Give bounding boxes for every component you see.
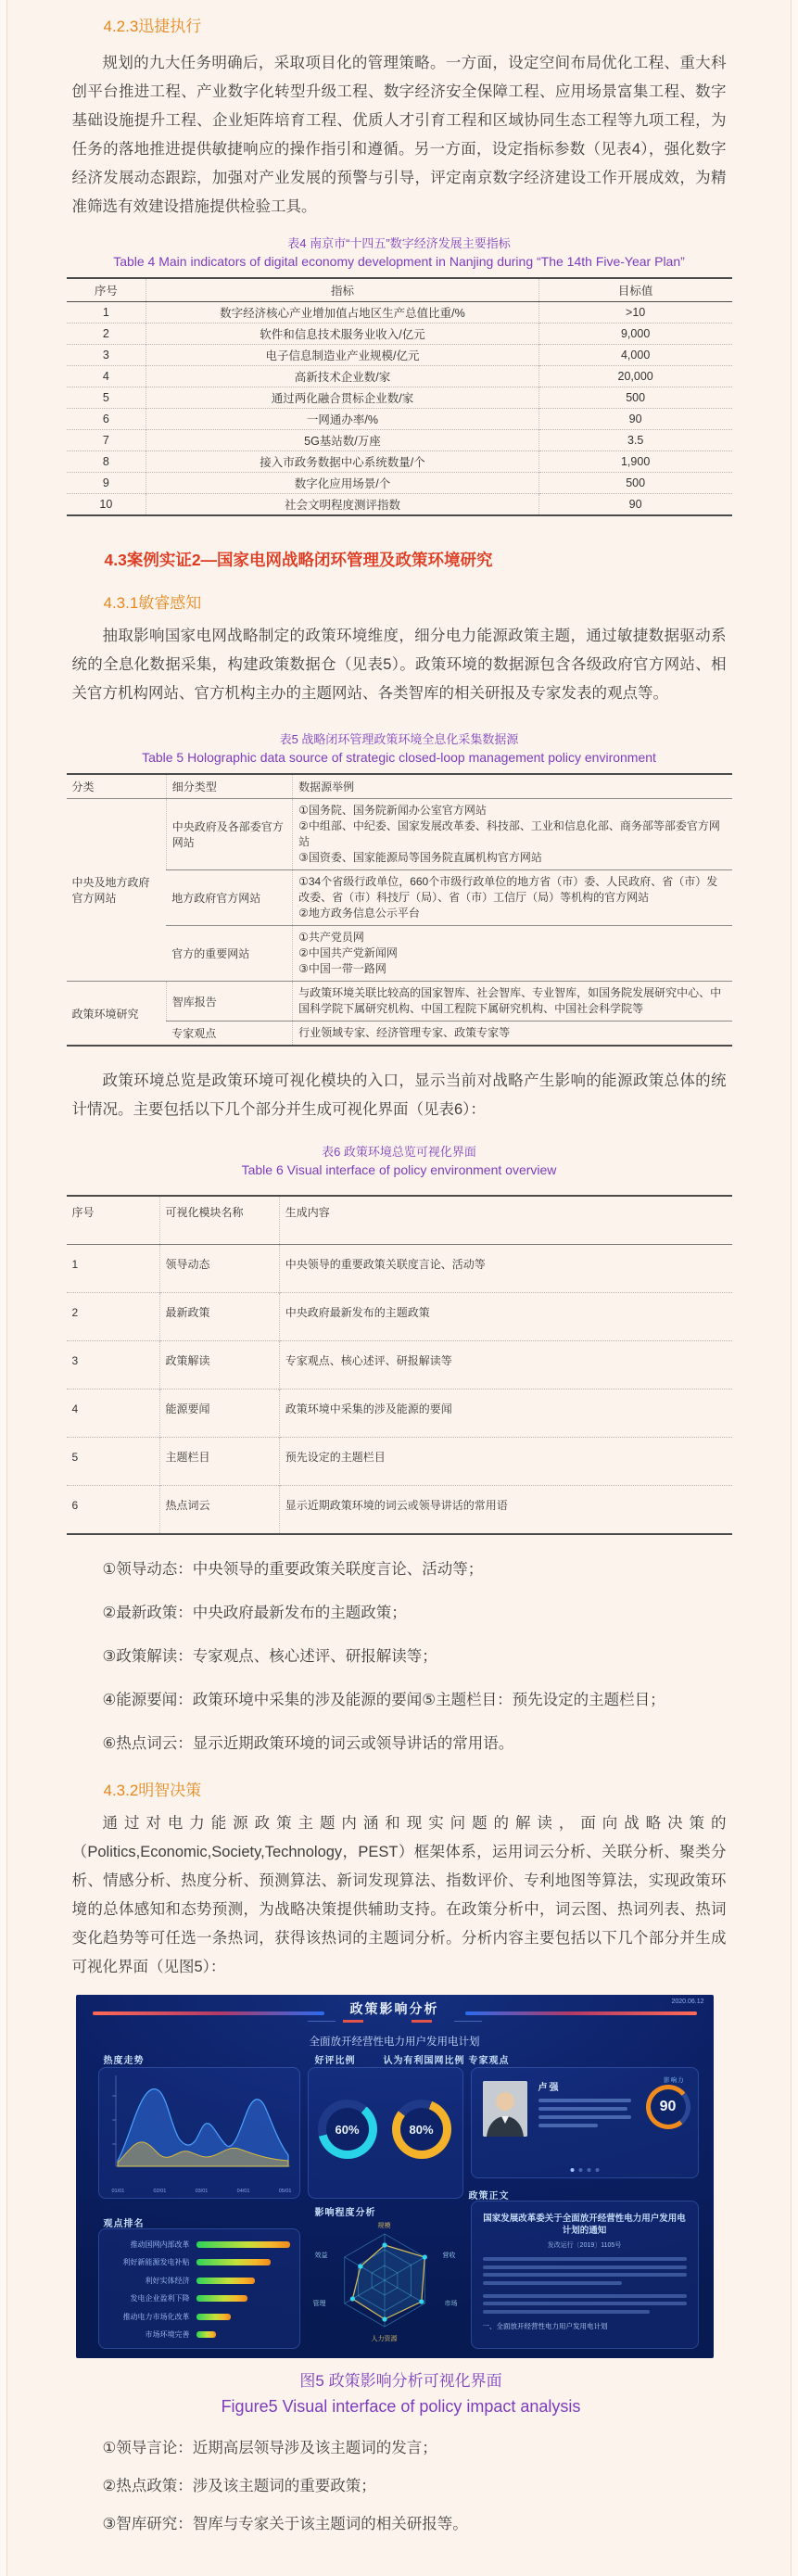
example-line: ②中组部、中纪委、国家发展改革委、科技部、工业和信息化部、商务部等部委官方网站 — [298, 818, 726, 850]
table-cell: 接入市政务数据中心系统数量/个 — [146, 451, 539, 473]
blurred-text-line — [483, 2310, 650, 2314]
favorable-ratio-donut: 60% — [318, 2100, 377, 2159]
opinion-rank-row: 推动电力市场化改革 — [105, 2311, 290, 2323]
table-cell: 8 — [67, 451, 146, 473]
opinion-rank-bar — [196, 2241, 290, 2248]
table-cell: 一网通办率/% — [146, 409, 539, 430]
final-list: ①领导言论：近期高层领导涉及该主题词的发言；②热点政策：涉及该主题词的重要政策；… — [72, 2434, 727, 2539]
col-header: 生成内容 — [279, 1196, 731, 1245]
table-row: 中央及地方政府官方网站中央政府及各部委官方网站①国务院、国务院新闻办公室官方网站… — [67, 799, 732, 870]
table6-head: 序号 可视化模块名称 生成内容 — [67, 1196, 732, 1245]
figure5-caption: 图5 政策影响分析可视化界面 Figure5 Visual interface … — [76, 2369, 727, 2419]
table-cell: 9 — [67, 473, 146, 494]
table-cell: 社会文明程度测评指数 — [146, 494, 539, 516]
example-line: ①34个省级行政单位，660个市级行政单位的地方省（市）委、人民政府、省（市）发… — [298, 874, 726, 906]
table5-head: 分类 细分类型 数据源举例 — [67, 774, 732, 799]
header-line — [308, 2021, 336, 2022]
policy-impact-dashboard: 政策影响分析 2020.06.12 全面放开经营性电力用户发用电计划 热度走势 … — [76, 1995, 714, 2358]
dashboard-title: 政策影响分析 — [76, 1999, 714, 2018]
table-cell: 热点词云 — [159, 1486, 279, 1535]
favorable-ratio-value: 60% — [318, 2100, 377, 2159]
influence-label: 影响力 — [664, 2075, 685, 2084]
table-row: 8接入市政务数据中心系统数量/个1,900 — [67, 451, 732, 473]
donut2-label: 认为有利国网比例 — [384, 2052, 465, 2066]
heat-trend-panel: 01/0102/0103/0104/0105/01 — [98, 2067, 300, 2199]
type-cell: 中央政府及各部委官方网站 — [166, 799, 292, 870]
table-cell: 显示近期政策环境的词云或领导讲话的常用语 — [279, 1486, 731, 1535]
table-row: 9数字化应用场景/个500 — [67, 473, 732, 494]
final-list-item: ②热点政策：涉及该主题词的重要政策； — [72, 2472, 727, 2501]
table-row: 2软件和信息技术服务业收入/亿元9,000 — [67, 324, 732, 345]
table-cell: 7 — [67, 430, 146, 451]
example-line: ①共产党员网 — [298, 930, 726, 945]
blurred-text-line — [483, 2281, 622, 2285]
table-row: 75G基站数/万座3.5 — [67, 430, 732, 451]
examples-cell: ①共产党员网②中国共产党新闻网③中国一带一路网 — [293, 926, 732, 982]
dashboard-date: 2020.06.12 — [671, 1999, 703, 2005]
opinion-rank-label: 市场环境完善 — [105, 2329, 190, 2340]
final-list-item: ①领导言论：近期高层领导涉及该主题词的发言； — [72, 2434, 727, 2463]
opinion-rank-row: 发电企业盈利下降 — [105, 2292, 290, 2304]
opinion-rank-label: 利好实体经济 — [105, 2276, 190, 2286]
table-cell: 2 — [67, 324, 146, 345]
module-list-item: ④能源要闻：政策环境中采集的涉及能源的要闻⑤主题栏目：预先设定的主题栏目； — [72, 1686, 727, 1715]
table-header-row: 序号 指标 目标值 — [67, 278, 732, 302]
module-list: ①领导动态：中央领导的重要政策关联度言论、活动等；②最新政策：中央政府最新发布的… — [72, 1555, 727, 1758]
impact-radar-chart — [315, 2219, 454, 2341]
table-row: 5主题栏目预先设定的主题栏目 — [67, 1438, 732, 1486]
table-cell: 中央领导的重要政策关联度言论、活动等 — [279, 1245, 731, 1293]
radar-axis-label: 规模 — [378, 2221, 391, 2230]
trend-x-axis: 01/0102/0103/0104/0105/01 — [112, 2189, 292, 2194]
example-line: ③国资委、国家能源局等国务院直属机构官方网站 — [298, 850, 726, 866]
figure5-caption-zh: 图5 政策影响分析可视化界面 — [76, 2369, 727, 2393]
table-cell: 中央政府最新发布的主题政策 — [279, 1293, 731, 1341]
col-header: 目标值 — [538, 278, 731, 302]
table-cell: 4,000 — [538, 345, 731, 366]
table-cell: 500 — [538, 473, 731, 494]
col-header: 指标 — [146, 278, 539, 302]
table-cell: 主题栏目 — [159, 1438, 279, 1486]
example-line: 与政策环境关联比较高的国家智库、社会智库、专业智库，如国务院发展研究中心、中国科… — [298, 985, 726, 1017]
table-row: 2最新政策中央政府最新发布的主题政策 — [67, 1293, 732, 1341]
blurred-text-line — [538, 2099, 631, 2102]
donut1-label: 好评比例 — [315, 2052, 356, 2066]
opinion-rank-rows: 推动国网内部改革利好新能源发电补贴利好实体经济发电企业盈利下降推动电力市场化改革… — [105, 2239, 290, 2341]
col-header: 数据源举例 — [293, 774, 732, 799]
example-line: ①国务院、国务院新闻办公室官方网站 — [298, 803, 726, 818]
table-cell: 6 — [67, 409, 146, 430]
heat-trend-area-chart — [99, 2068, 299, 2185]
opinion-rank-bar — [196, 2331, 216, 2338]
table4-head: 序号 指标 目标值 — [67, 278, 732, 302]
table-cell: 软件和信息技术服务业收入/亿元 — [146, 324, 539, 345]
table-header-row: 序号 可视化模块名称 生成内容 — [67, 1196, 732, 1245]
blurred-text-line — [483, 2273, 687, 2277]
expert-name: 卢强 — [538, 2079, 561, 2093]
module-list-item: ①领导动态：中央领导的重要政策关联度言论、活动等； — [72, 1555, 727, 1584]
table4-caption: 表4 南京市“十四五”数字经济发展主要指标 Table 4 Main indic… — [72, 235, 727, 272]
table-cell: 3 — [67, 345, 146, 366]
portrait-icon — [483, 2081, 527, 2137]
table5-body: 中央及地方政府官方网站中央政府及各部委官方网站①国务院、国务院新闻办公室官方网站… — [67, 799, 732, 1047]
examples-cell: 与政策环境关联比较高的国家智库、社会智库、专业智库，如国务院发展研究中心、中国科… — [293, 982, 732, 1022]
table-cell: 5 — [67, 1438, 160, 1486]
module-list-item: ③政策解读：专家观点、核心述评、研报解读等； — [72, 1643, 727, 1671]
category-cell: 中央及地方政府官方网站 — [67, 799, 167, 982]
table-cell: 数字化应用场景/个 — [146, 473, 539, 494]
paragraph-4-3-1: 抽取影响国家电网战略制定的政策环境维度，细分电力能源政策主题，通过敏捷数据驱动系… — [72, 622, 727, 708]
module-list-item: ⑥热点词云：显示近期政策环境的词云或领导讲话的常用语。 — [72, 1730, 727, 1758]
document-page: 4.2.3迅捷执行 规划的九大任务明确后，采取项目化的管理策略。一方面，设定空间… — [6, 0, 792, 2576]
blurred-text-line — [538, 2124, 598, 2127]
table-row: 5通过两化融合贯标企业数/家500 — [67, 387, 732, 409]
table5-caption-en: Table 5 Holographic data source of strat… — [72, 748, 727, 768]
table6-caption-zh: 表6 政策环境总览可视化界面 — [72, 1143, 727, 1161]
examples-cell: ①国务院、国务院新闻办公室官方网站②中组部、中纪委、国家发展改革委、科技部、工业… — [293, 799, 732, 870]
ratio-panel: 60% 80% — [308, 2067, 463, 2199]
table-row: 官方的重要网站①共产党员网②中国共产党新闻网③中国一带一路网 — [67, 926, 732, 982]
table4-indicators: 序号 指标 目标值 1数字经济核心产业增加值占地区生产总值比重/%>102软件和… — [67, 277, 732, 516]
table-cell: 政策解读 — [159, 1341, 279, 1390]
opinion-rank-row: 利好实体经济 — [105, 2275, 290, 2287]
table4-caption-zh: 表4 南京市“十四五”数字经济发展主要指标 — [72, 235, 727, 252]
table-cell: 领导动态 — [159, 1245, 279, 1293]
rank-panel-title: 观点排名 — [104, 2215, 145, 2229]
dashboard-header: 政策影响分析 2020.06.12 — [76, 1995, 714, 2026]
table-header-row: 分类 细分类型 数据源举例 — [67, 774, 732, 799]
radar-axis-label: 市场 — [445, 2299, 458, 2308]
paragraph-overview: 政策环境总览是政策环境可视化模块的入口，显示当前对战略产生影响的能源政策总体的统… — [72, 1067, 727, 1124]
table-cell: 政策环境中采集的涉及能源的要闻 — [279, 1390, 731, 1438]
category-cell: 政策环境研究 — [67, 982, 167, 1047]
table-cell: 10 — [67, 494, 146, 516]
policy-section-item: 一、全面放开经营性电力用户发用电计划 — [483, 2321, 687, 2331]
type-cell: 专家观点 — [166, 1022, 292, 1047]
example-line: ③中国一带一路网 — [298, 961, 726, 977]
table5-datasources: 分类 细分类型 数据源举例 中央及地方政府官方网站中央政府及各部委官方网站①国务… — [67, 773, 732, 1047]
table5-caption-zh: 表5 战略闭环管理政策环境全息化采集数据源 — [72, 730, 727, 748]
table-cell: 3 — [67, 1341, 160, 1390]
opinion-rank-bar — [196, 2259, 271, 2265]
header-dash-icon — [412, 2020, 432, 2023]
opinion-rank-label: 发电企业盈利下降 — [105, 2293, 190, 2303]
col-header: 分类 — [67, 774, 167, 799]
table-cell: 20,000 — [538, 366, 731, 387]
policy-doc-title: 国家发展改革委关于全面放开经营性电力用户发用电计划的通知 — [481, 2213, 689, 2237]
policy-doc-number: 发改运行〔2019〕1105号 — [472, 2240, 698, 2250]
type-cell: 智库报告 — [166, 982, 292, 1022]
policy-panel-title: 政策正文 — [469, 2188, 510, 2202]
heading-4-2-3: 4.2.3迅捷执行 — [72, 13, 727, 36]
opinion-rank-bar — [196, 2295, 247, 2302]
module-list-item: ②最新政策：中央政府最新发布的主题政策； — [72, 1599, 727, 1628]
table-cell: 专家观点、核心述评、研报解读等 — [279, 1341, 731, 1390]
expert-comment-lines — [538, 2094, 631, 2132]
blurred-text-line — [483, 2265, 687, 2269]
trend-panel-title: 热度走势 — [104, 2052, 145, 2066]
radar-axis-label: 管理 — [313, 2299, 326, 2308]
table-row: 1数字经济核心产业增加值占地区生产总值比重/%>10 — [67, 302, 732, 324]
table-row: 6热点词云显示近期政策环境的词云或领导讲话的常用语 — [67, 1486, 732, 1535]
influence-score: 90 — [646, 2085, 690, 2129]
x-tick-label: 02/01 — [154, 2189, 167, 2194]
example-line: ②中国共产党新闻网 — [298, 945, 726, 961]
examples-cell: 行业领域专家、经济管理专家、政策专家等 — [293, 1022, 732, 1047]
blurred-text-line — [538, 2107, 627, 2111]
table-cell: 4 — [67, 1390, 160, 1438]
col-header: 可视化模块名称 — [159, 1196, 279, 1245]
examples-cell: ①34个省级行政单位，660个市级行政单位的地方省（市）委、人民政府、省（市）发… — [293, 870, 732, 926]
carousel-dots[interactable] — [570, 2168, 599, 2172]
policy-text-panel: 国家发展改革委关于全面放开经营性电力用户发用电计划的通知 发改运行〔2019〕1… — [471, 2201, 699, 2349]
table-cell: 通过两化融合贯标企业数/家 — [146, 387, 539, 409]
opinion-rank-row: 推动国网内部改革 — [105, 2239, 290, 2251]
table-row: 4能源要闻政策环境中采集的涉及能源的要闻 — [67, 1390, 732, 1438]
table-cell: 5 — [67, 387, 146, 409]
table-cell: 500 — [538, 387, 731, 409]
policy-body-lines — [483, 2257, 687, 2314]
opinion-rank-label: 利好新能源发电补贴 — [105, 2257, 190, 2267]
blurred-text-line — [483, 2302, 687, 2305]
table-cell: 电子信息制造业产业规模/亿元 — [146, 345, 539, 366]
figure5-caption-en: Figure5 Visual interface of policy impac… — [76, 2393, 727, 2419]
opinion-rank-bar — [196, 2314, 231, 2320]
table-row: 1领导动态中央领导的重要政策关联度言论、活动等 — [67, 1245, 732, 1293]
table-row: 3电子信息制造业产业规模/亿元4,000 — [67, 345, 732, 366]
table-row: 6一网通办率/%90 — [67, 409, 732, 430]
table5-caption: 表5 战略闭环管理政策环境全息化采集数据源 Table 5 Holographi… — [72, 730, 727, 768]
table6-caption-en: Table 6 Visual interface of policy envir… — [72, 1161, 727, 1180]
radar-axis-label: 人力资源 — [372, 2334, 398, 2343]
expert-panel-title: 专家观点 — [469, 2052, 510, 2066]
table-cell: 1 — [67, 302, 146, 324]
col-header: 序号 — [67, 278, 146, 302]
radar-axis-label: 效益 — [315, 2251, 328, 2260]
paragraph-4-3-2: 通过对电力能源政策主题内涵和现实问题的解读，面向战略决策的（Politics,E… — [72, 1809, 727, 1982]
impact-radar-panel: 规模营收市场人力资源管理效益 — [308, 2217, 462, 2347]
table-cell: 2 — [67, 1293, 160, 1341]
heading-4-3: 4.3案例实证2—国家电网战略闭环管理及政策环境研究 — [72, 548, 727, 571]
table-cell: 5G基站数/万座 — [146, 430, 539, 451]
table-cell: 9,000 — [538, 324, 731, 345]
opinion-rank-label: 推动电力市场化改革 — [105, 2312, 190, 2322]
final-list-item: ③智库研究：智库与专家关于该主题词的相关研报等。 — [72, 2510, 727, 2539]
x-tick-label: 01/01 — [112, 2189, 125, 2194]
type-cell: 官方的重要网站 — [166, 926, 292, 982]
table-row: 10社会文明程度测评指数90 — [67, 494, 732, 516]
heading-4-3-2: 4.3.2明智决策 — [72, 1777, 727, 1800]
table-cell: 最新政策 — [159, 1293, 279, 1341]
table-cell: 3.5 — [538, 430, 731, 451]
col-header: 序号 — [67, 1196, 160, 1245]
table-row: 政策环境研究智库报告与政策环境关联比较高的国家智库、社会智库、专业智库，如国务院… — [67, 982, 732, 1022]
example-line: 行业领域专家、经济管理专家、政策专家等 — [298, 1025, 726, 1041]
blurred-text-line — [483, 2294, 687, 2298]
blurred-text-line — [483, 2257, 687, 2261]
opinion-rank-panel: 推动国网内部改革利好新能源发电补贴利好实体经济发电企业盈利下降推动电力市场化改革… — [98, 2228, 300, 2349]
radar-panel-title: 影响程度分析 — [315, 2204, 376, 2218]
table-cell: 1,900 — [538, 451, 731, 473]
x-tick-label: 05/01 — [279, 2189, 292, 2194]
opinion-rank-label: 推动国网内部改革 — [105, 2240, 190, 2250]
blurred-text-line — [538, 2115, 631, 2119]
dashboard-subtitle: 全面放开经营性电力用户发用电计划 — [76, 2034, 714, 2049]
figure5: 政策影响分析 2020.06.12 全面放开经营性电力用户发用电计划 热度走势 … — [76, 1995, 727, 2419]
radar-axis-label: 营收 — [443, 2251, 456, 2260]
table-row: 4高新技术企业数/家20,000 — [67, 366, 732, 387]
page-content: 4.2.3迅捷执行 规划的九大任务明确后，采取项目化的管理策略。一方面，设定空间… — [72, 13, 727, 2539]
x-tick-label: 04/01 — [237, 2189, 250, 2194]
table4-caption-en: Table 4 Main indicators of digital econo… — [72, 252, 727, 272]
table6-body: 1领导动态中央领导的重要政策关联度言论、活动等2最新政策中央政府最新发布的主题政… — [67, 1245, 732, 1535]
grid-benefit-ratio-value: 80% — [392, 2100, 451, 2159]
table6-caption: 表6 政策环境总览可视化界面 Table 6 Visual interface … — [72, 1143, 727, 1180]
opinion-rank-row: 利好新能源发电补贴 — [105, 2256, 290, 2268]
x-tick-label: 03/01 — [196, 2189, 209, 2194]
expert-panel: 卢强 影响力 90 — [471, 2067, 699, 2178]
opinion-rank-bar — [196, 2278, 255, 2284]
col-header: 细分类型 — [166, 774, 292, 799]
table-cell: >10 — [538, 302, 731, 324]
influence-gauge: 90 — [646, 2085, 690, 2129]
table4-body: 1数字经济核心产业增加值占地区生产总值比重/%>102软件和信息技术服务业收入/… — [67, 302, 732, 516]
table-cell: 1 — [67, 1245, 160, 1293]
grid-benefit-ratio-donut: 80% — [392, 2100, 451, 2159]
table-cell: 高新技术企业数/家 — [146, 366, 539, 387]
header-dash-icon — [343, 2020, 363, 2023]
table-cell: 90 — [538, 409, 731, 430]
example-line: ②地方政务信息公示平台 — [298, 906, 726, 921]
table-row: 3政策解读专家观点、核心述评、研报解读等 — [67, 1341, 732, 1390]
table-cell: 能源要闻 — [159, 1390, 279, 1438]
header-line — [454, 2021, 482, 2022]
table6-modules: 序号 可视化模块名称 生成内容 1领导动态中央领导的重要政策关联度言论、活动等2… — [67, 1195, 732, 1535]
type-cell: 地方政府官方网站 — [166, 870, 292, 926]
expert-photo — [483, 2081, 527, 2137]
table-cell: 90 — [538, 494, 731, 516]
paragraph-4-2-3: 规划的九大任务明确后，采取项目化的管理策略。一方面，设定空间布局优化工程、重大科… — [72, 49, 727, 222]
table-cell: 6 — [67, 1486, 160, 1535]
table-cell: 4 — [67, 366, 146, 387]
table-row: 专家观点行业领域专家、经济管理专家、政策专家等 — [67, 1022, 732, 1047]
table-cell: 数字经济核心产业增加值占地区生产总值比重/% — [146, 302, 539, 324]
heading-4-3-1: 4.3.1敏睿感知 — [72, 590, 727, 613]
table-row: 地方政府官方网站①34个省级行政单位，660个市级行政单位的地方省（市）委、人民… — [67, 870, 732, 926]
table-cell: 预先设定的主题栏目 — [279, 1438, 731, 1486]
opinion-rank-row: 市场环境完善 — [105, 2329, 290, 2341]
